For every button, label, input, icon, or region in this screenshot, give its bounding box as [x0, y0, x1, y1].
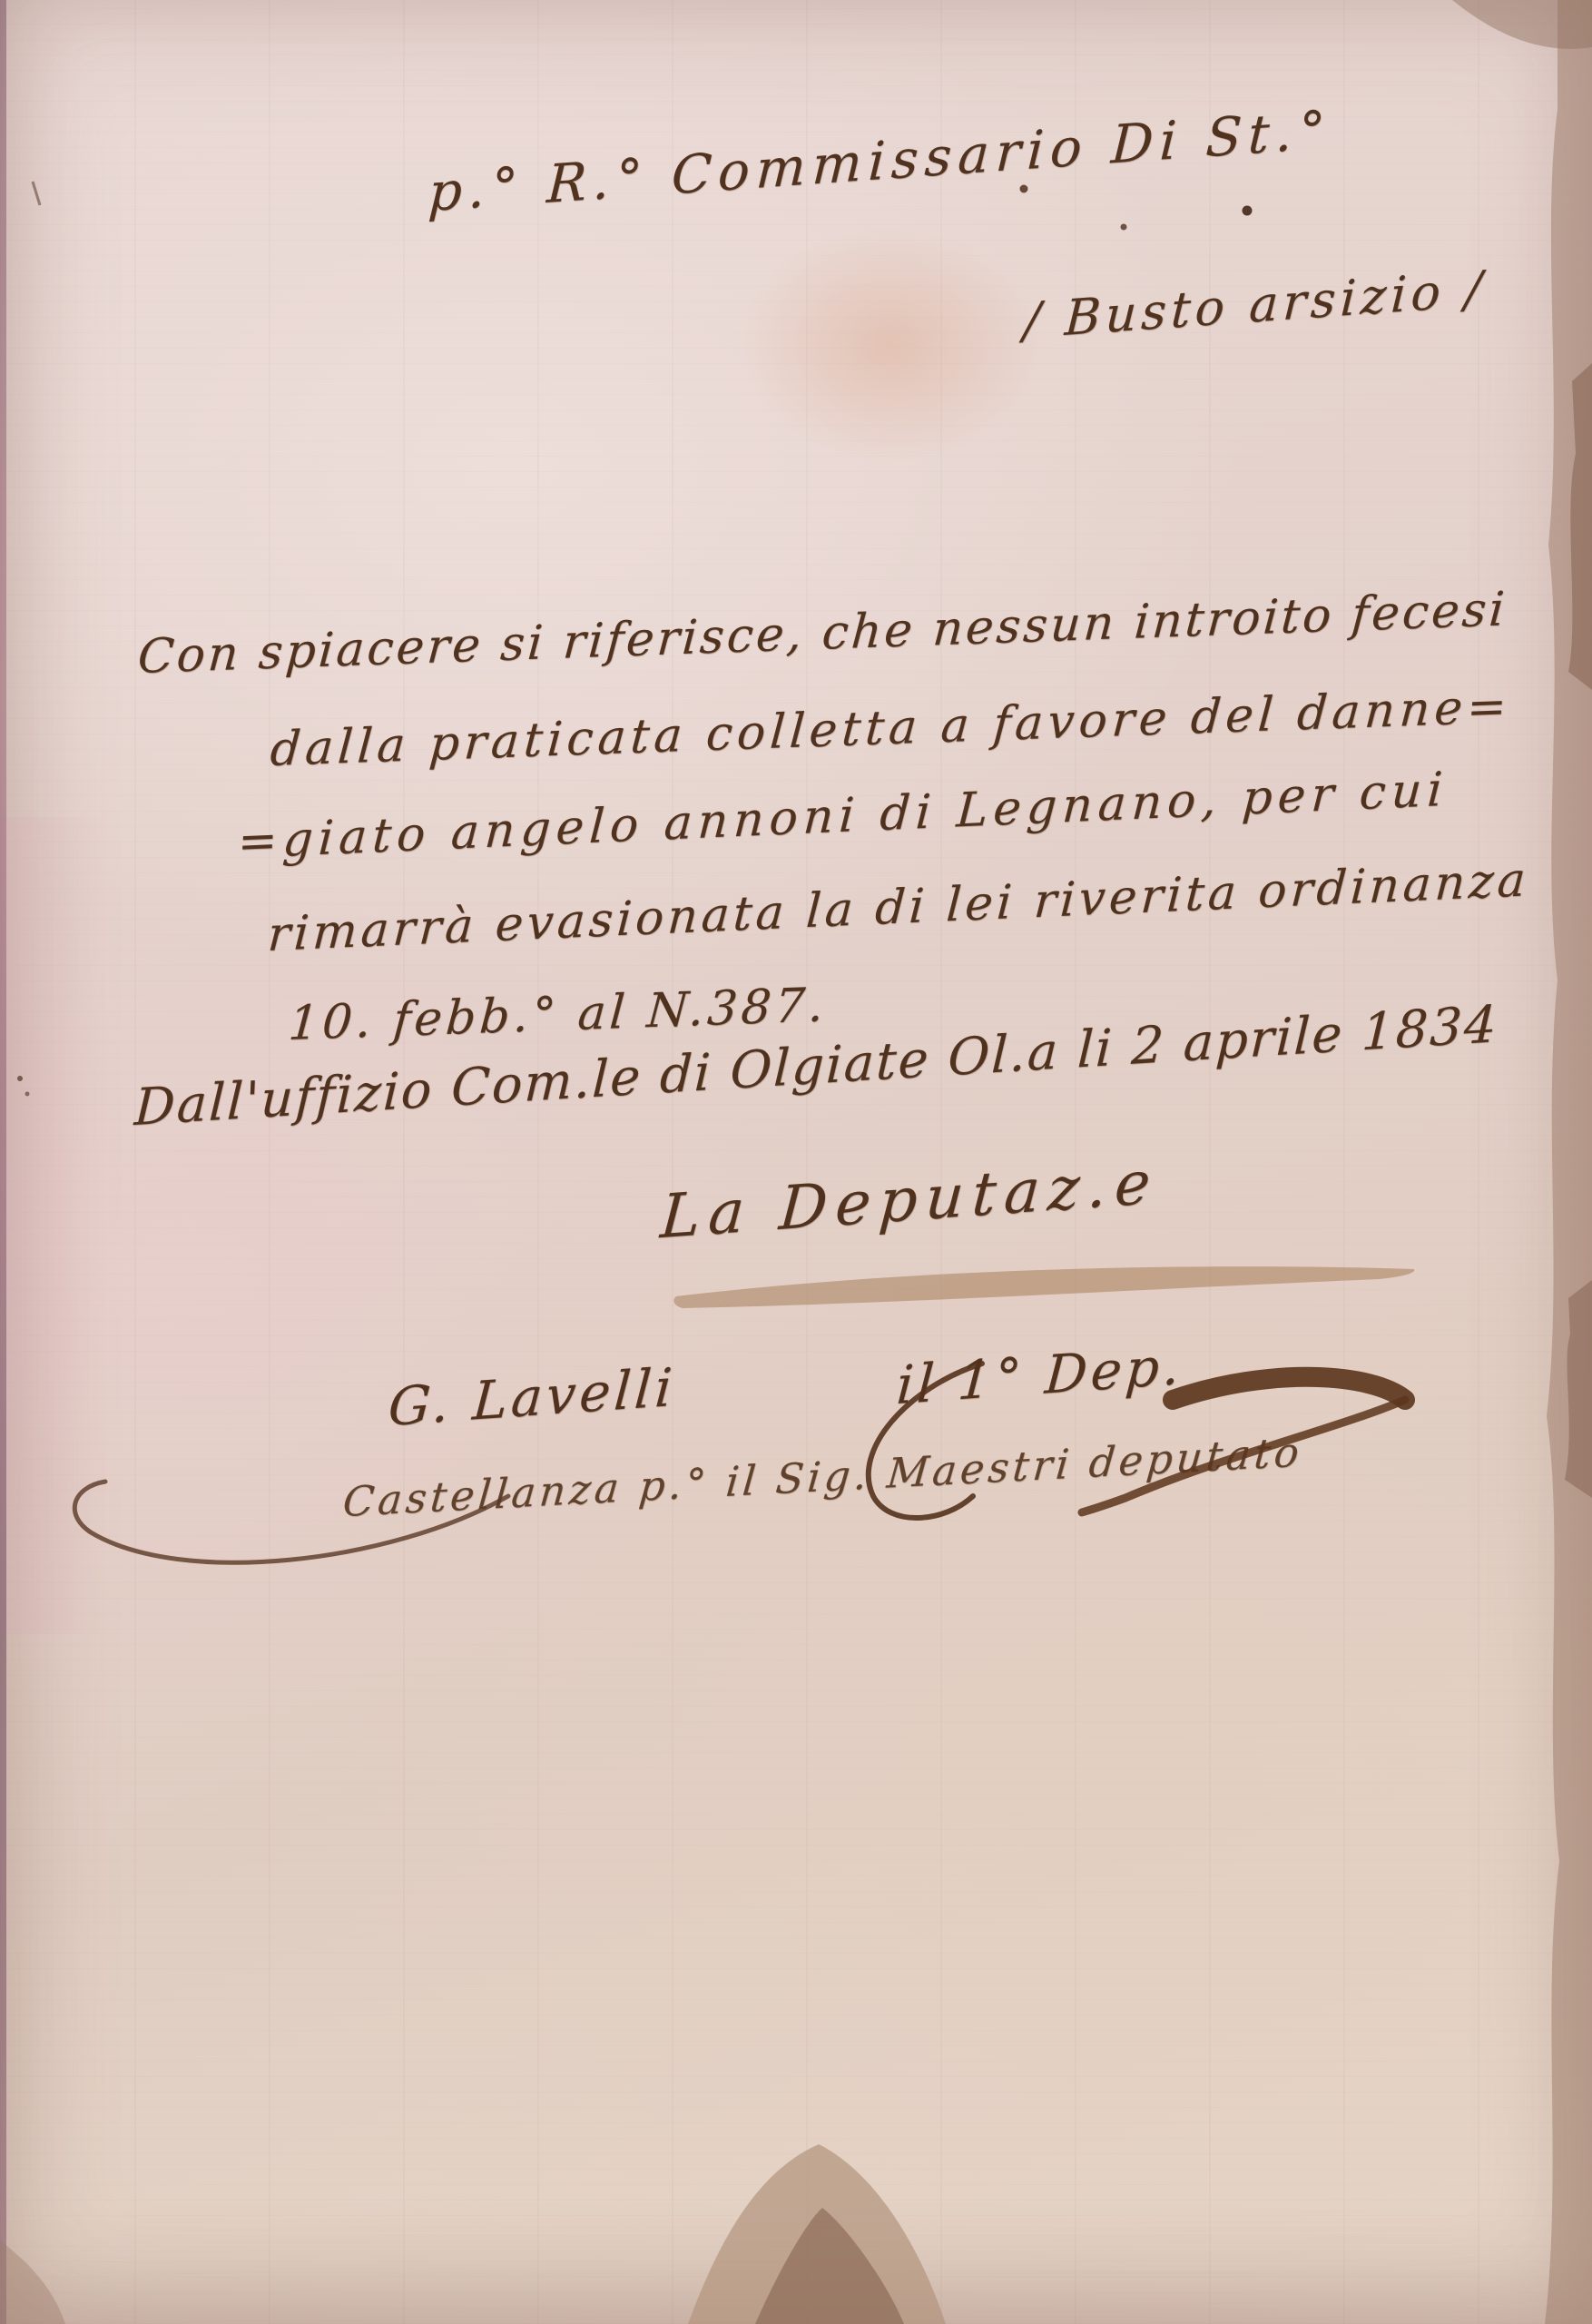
signature-title: il 1° Dep. — [895, 1334, 1185, 1417]
closing-line: La Deputaz.e — [658, 1147, 1161, 1252]
place-line: / Busto arsizio / — [1022, 260, 1488, 350]
paper-stain — [735, 227, 1044, 463]
ink-dot — [1020, 185, 1028, 193]
ink-tick — [33, 182, 40, 205]
torn-right-edge — [1545, 0, 1592, 2324]
signature-name: G. Lavelli — [387, 1356, 678, 1439]
torn-right-edge-dark — [1565, 1280, 1592, 1498]
ink-dot — [1121, 224, 1127, 231]
worn-bottom-left-corner — [0, 2240, 65, 2324]
closing-underline-flourish — [673, 1266, 1414, 1308]
body-line: =giato angelo annoni di Legnano, per cui — [236, 763, 1450, 870]
ink-dot — [1243, 206, 1253, 216]
torn-top-right-corner — [1452, 0, 1592, 49]
torn-right-edge-dark — [1568, 363, 1592, 690]
signature-attestation: Castellanza p.° il Sig. Maestri deputato — [341, 1427, 1305, 1526]
body-line: rimarrà evasionata la di lei riverita or… — [266, 852, 1530, 962]
signature-swash-thick — [1173, 1377, 1405, 1400]
body-line: dalla praticata colletta a favore del da… — [269, 679, 1513, 777]
addressee-line: p.° R.° Commissario Di St.° — [427, 98, 1332, 223]
bottom-tear — [688, 2144, 946, 2324]
manuscript-page: p.° R.° Commissario Di St.° / Busto arsi… — [0, 0, 1592, 2324]
body-line: Con spiacere si riferisce, che nessun in… — [136, 582, 1508, 684]
bottom-tear-shadow — [755, 2208, 904, 2324]
paper-discoloration — [0, 817, 109, 1634]
scan-edge — [0, 0, 6, 2324]
